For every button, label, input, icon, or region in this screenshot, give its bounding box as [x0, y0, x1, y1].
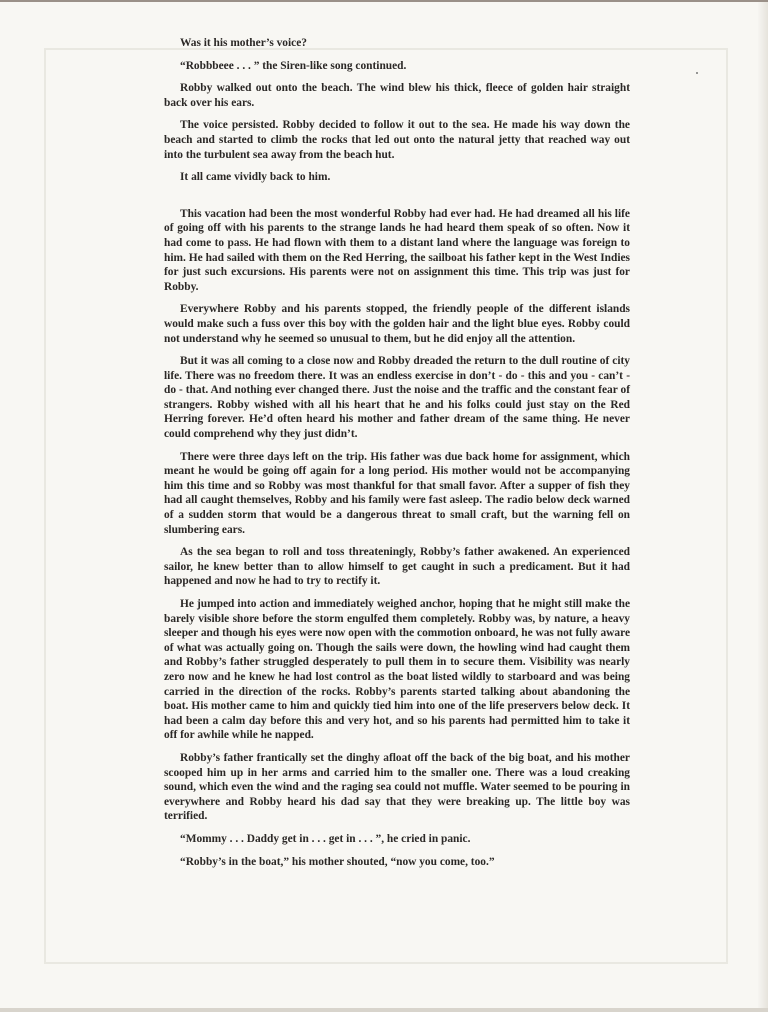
paragraph: The voice persisted. Robby decided to fo…	[164, 118, 630, 162]
paragraph: There were three days left on the trip. …	[164, 450, 630, 538]
speck	[696, 72, 698, 74]
paragraph: He jumped into action and immediately we…	[164, 597, 630, 743]
paragraph: Everywhere Robby and his parents stopped…	[164, 302, 630, 346]
paragraph: Robby walked out onto the beach. The win…	[164, 81, 630, 110]
paragraph: “Robbbeee . . . ” the Siren-like song co…	[164, 59, 630, 74]
paragraph: As the sea began to roll and toss threat…	[164, 545, 630, 589]
paragraph: It all came vividly back to him.	[164, 170, 630, 185]
paragraph: This vacation had been the most wonderfu…	[164, 207, 630, 295]
paragraph: But it was all coming to a close now and…	[164, 354, 630, 442]
paragraph: “Robby’s in the boat,” his mother shoute…	[164, 855, 630, 870]
scanned-page: Was it his mother’s voice? “Robbbeee . .…	[0, 0, 768, 1012]
page-bottom-edge	[0, 1008, 768, 1012]
story-text: Was it his mother’s voice? “Robbbeee . .…	[164, 36, 630, 877]
paragraph: Was it his mother’s voice?	[164, 36, 630, 51]
paragraph: Robby’s father frantically set the dingh…	[164, 751, 630, 824]
paragraph: “Mommy . . . Daddy get in . . . get in .…	[164, 832, 630, 847]
page-edge-shadow	[758, 2, 768, 1012]
